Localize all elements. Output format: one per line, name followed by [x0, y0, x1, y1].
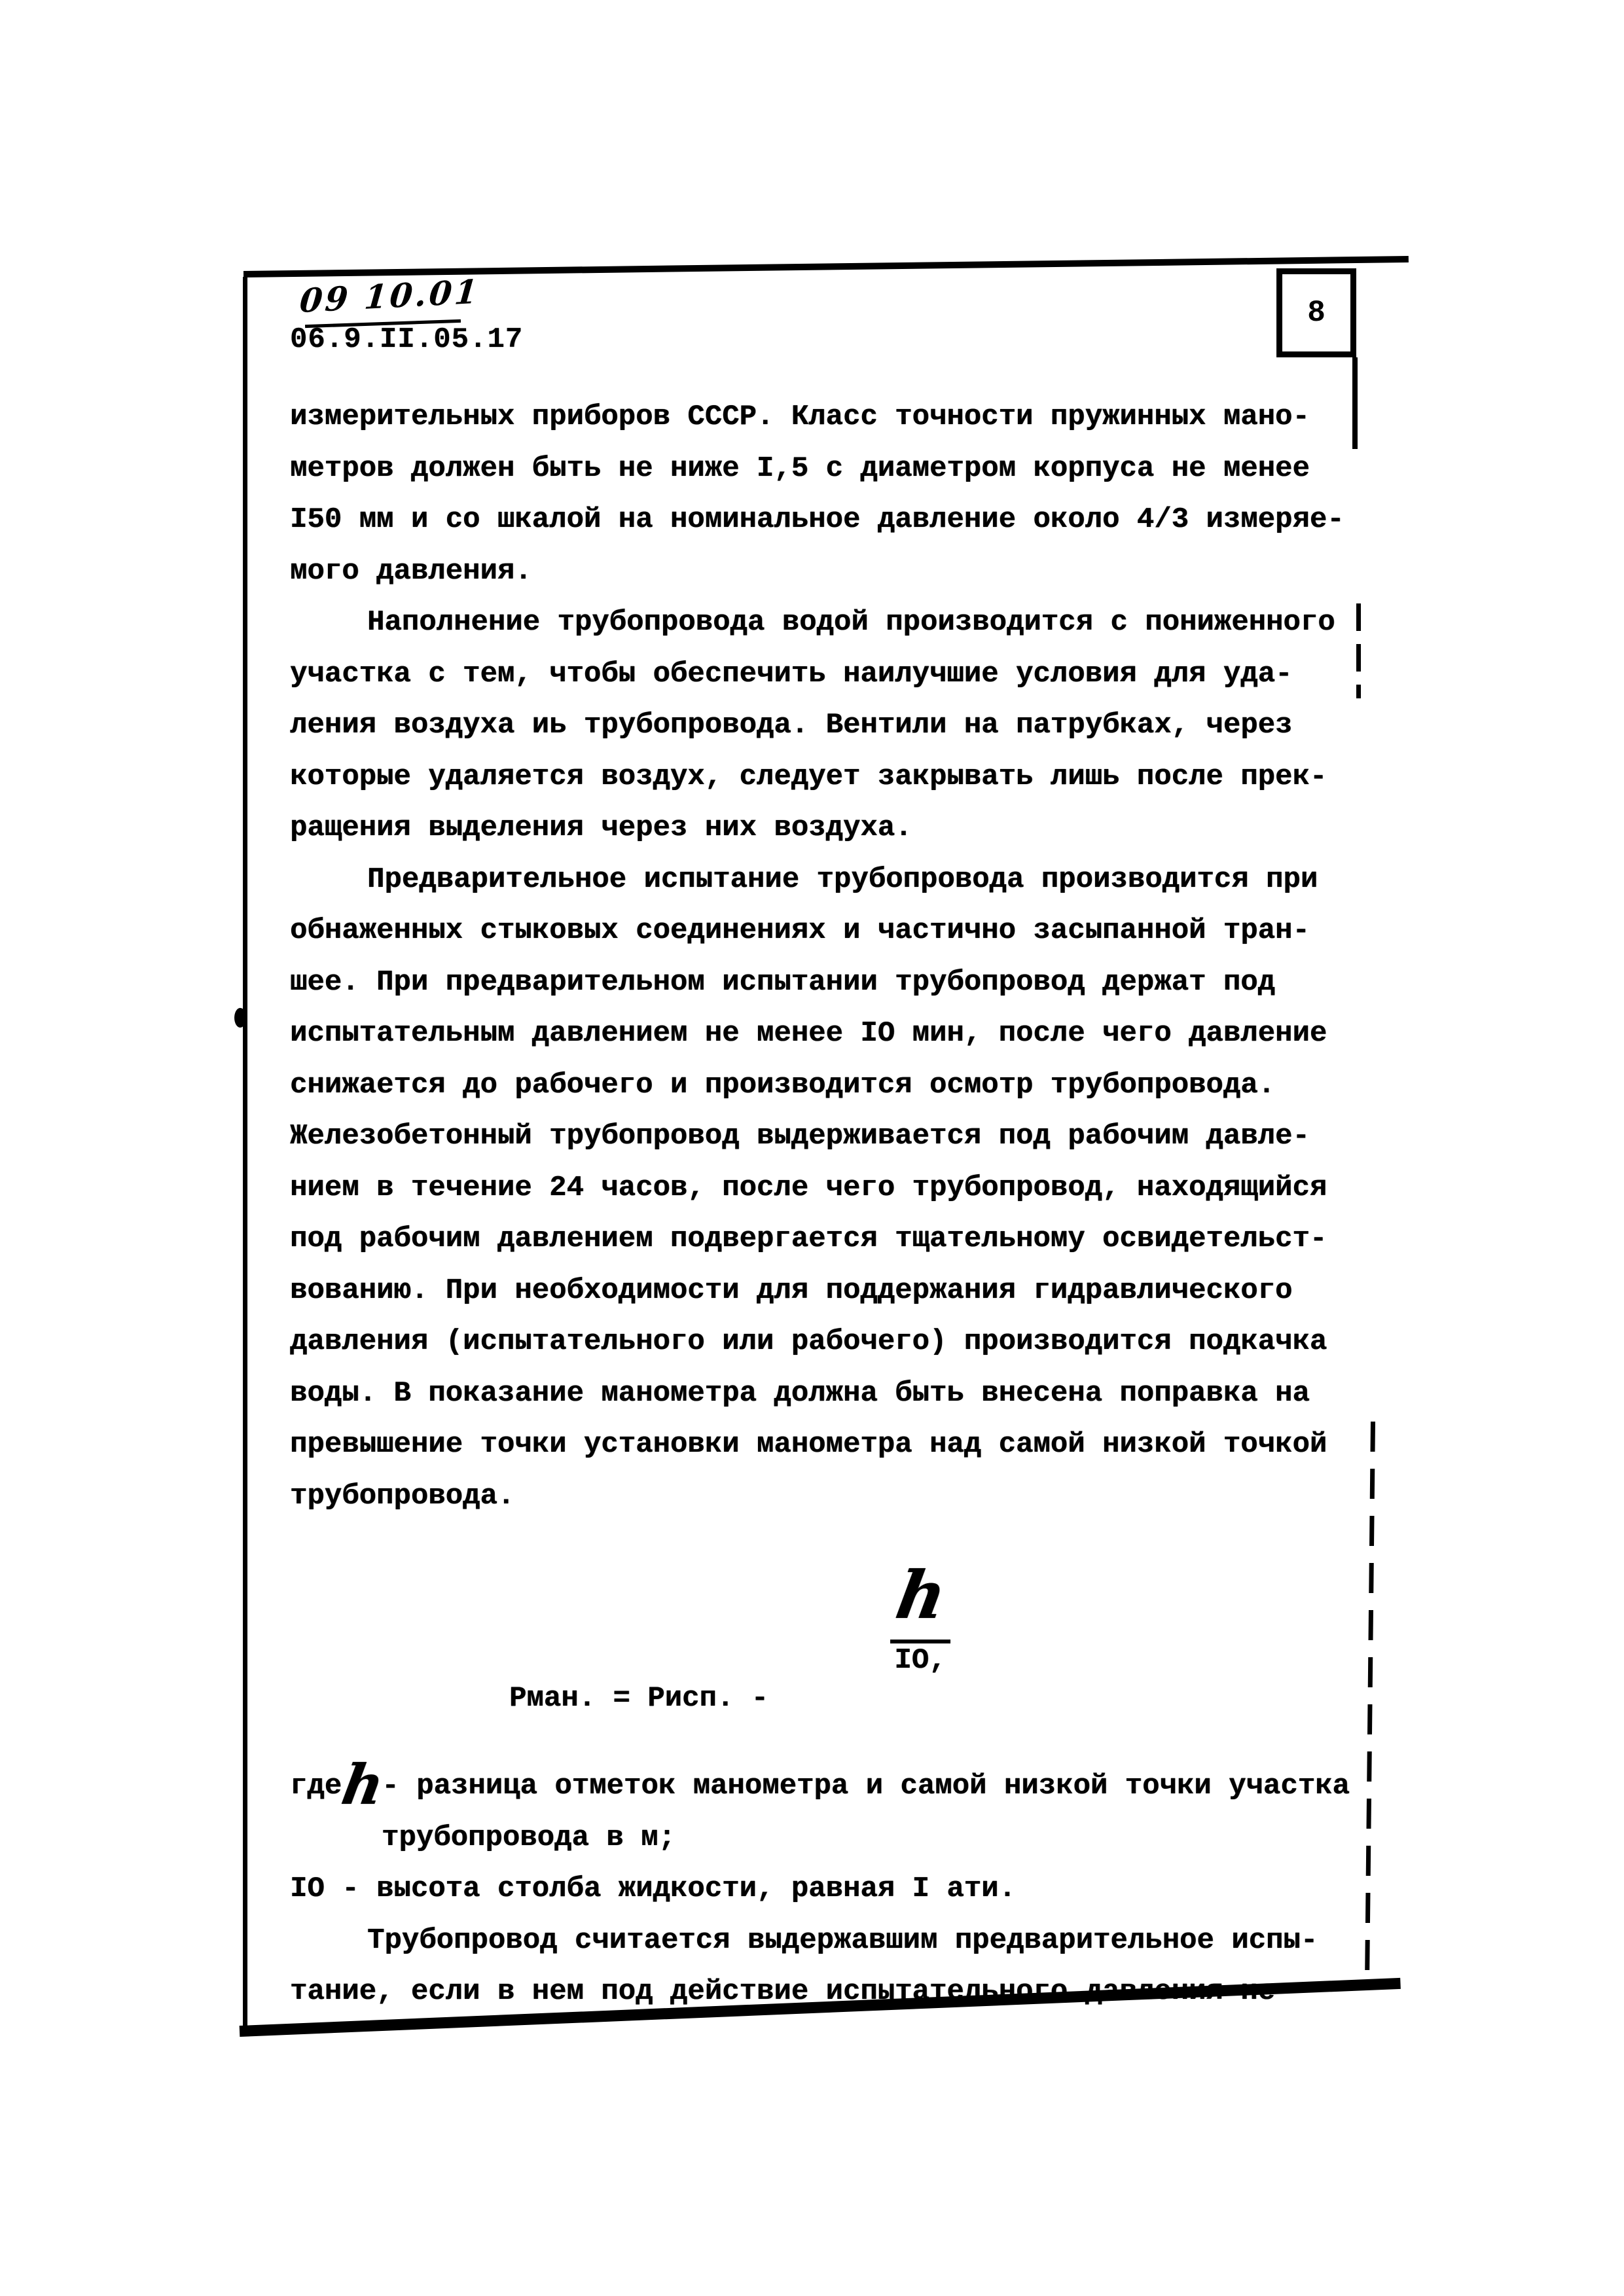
scan-artifact-blob [234, 1008, 246, 1028]
text-line: обнаженных стыковых соединениях и частич… [290, 905, 1363, 957]
frame-right-border-dashes-lower [1365, 1422, 1375, 1978]
text-line: Предварительное испытание трубопровода п… [290, 854, 1363, 906]
text-line: которые удаляется воздух, следует закрыв… [290, 751, 1363, 803]
text-line: снижается до рабочего и производится осм… [290, 1060, 1363, 1111]
text-line: ращения выделения через них воздуха. [290, 802, 1363, 854]
where-definition: - разница отметок манометра и самой низк… [382, 1770, 1350, 1803]
formula-denominator: IO, [890, 1640, 950, 1675]
text-line: тание, если в нем под действие испытател… [290, 1966, 1363, 2018]
text-line: испытательным давлением не менее IO мин,… [290, 1008, 1363, 1060]
frame-top-border [244, 256, 1409, 278]
pressure-formula: Рман. = Рисп. - h IO, [290, 1522, 1363, 1761]
text-line: измерительных приборов СССР. Класс точно… [290, 391, 1363, 443]
text-line: мого давления. [290, 546, 1363, 598]
text-line: участка с тем, чтобы обеспечить наилучши… [290, 649, 1363, 700]
text-line: Железобетонный трубопровод выдерживается… [290, 1111, 1363, 1162]
formula-where-line: гдеh- разница отметок манометра и самой … [290, 1761, 1363, 1812]
text-line: нием в течение 24 часов, после чего труб… [290, 1162, 1363, 1214]
formula-fraction: h IO, [875, 1562, 966, 1677]
formula-numerator-handwritten-h: h [868, 1562, 973, 1640]
handwritten-annotation: 09 10.01 [298, 272, 481, 320]
text-line: шее. При предварительном испытании трубо… [290, 957, 1363, 1009]
where-prefix: где [290, 1770, 342, 1803]
text-line: Трубопровод считается выдержавшим предва… [290, 1915, 1363, 1967]
document-code: 06.9.II.05.17 [290, 323, 523, 356]
document-body: измерительных приборов СССР. Класс точно… [290, 391, 1363, 2018]
text-line: давления (испытательного или рабочего) п… [290, 1316, 1363, 1368]
page-number: 8 [1307, 296, 1326, 330]
formula-lhs: Рман. = Рисп. - [509, 1684, 768, 1713]
text-line: IO - высота столба жидкости, равная I ат… [290, 1863, 1363, 1915]
page-number-box: 8 [1276, 268, 1356, 357]
text-line: превышение точки установки манометра над… [290, 1419, 1363, 1471]
text-line: воды. В показание манометра должна быть … [290, 1368, 1363, 1420]
text-line: ления воздуха иь трубопровода. Вентили н… [290, 700, 1363, 751]
scanned-document-page: 09 10.01 06.9.II.05.17 8 измерительных п… [0, 0, 1624, 2296]
text-line: Наполнение трубопровода водой производит… [290, 597, 1363, 649]
text-line: трубопровода. [290, 1471, 1363, 1522]
text-line: под рабочим давлением подвергается тщате… [290, 1213, 1363, 1265]
text-line: вованию. При необходимости для поддержан… [290, 1265, 1363, 1317]
text-line: трубопровода в м; [290, 1812, 1363, 1864]
text-line: метров должен быть не ниже I,5 с диаметр… [290, 443, 1363, 495]
text-line: I50 мм и со шкалой на номинальное давлен… [290, 494, 1363, 546]
frame-left-border [243, 277, 247, 2032]
